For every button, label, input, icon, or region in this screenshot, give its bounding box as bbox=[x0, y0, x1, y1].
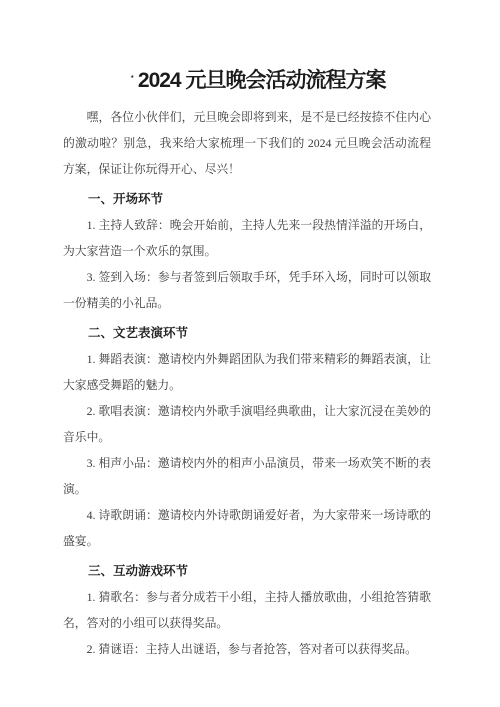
section-heading-performance: 二、文艺表演环节 bbox=[63, 320, 431, 346]
list-item: 1. 猜歌名：参与者分成若干小组，主持人播放歌曲，小组抢答猜歌名，答对的小组可以… bbox=[63, 584, 431, 636]
document-page: ·2024 元旦晚会活动流程方案 嘿，各位小伙伴们，元旦晚会即将到来，是不是已经… bbox=[0, 0, 500, 707]
list-item: 3. 签到入场：参与者签到后领取手环，凭手环入场，同时可以领取一份精美的小礼品。 bbox=[63, 264, 431, 316]
page-title: ·2024 元旦晚会活动流程方案 bbox=[63, 62, 431, 96]
document-body: 嘿，各位小伙伴们，元旦晚会即将到来，是不是已经按捺不住内心的激动啦？别急，我来给… bbox=[63, 104, 431, 662]
list-item: 3. 相声小品：邀请校内外的相声小品演员，带来一场欢笑不断的表演。 bbox=[63, 450, 431, 502]
title-dot: · bbox=[131, 69, 135, 84]
section-heading-games: 三、互动游戏环节 bbox=[63, 558, 431, 584]
list-item: 1. 舞蹈表演：邀请校内外舞蹈团队为我们带来精彩的舞蹈表演，让大家感受舞蹈的魅力… bbox=[63, 346, 431, 398]
intro-paragraph: 嘿，各位小伙伴们，元旦晚会即将到来，是不是已经按捺不住内心的激动啦？别急，我来给… bbox=[63, 104, 431, 182]
list-item: 1. 主持人致辞：晚会开始前，主持人先来一段热情洋溢的开场白，为大家营造一个欢乐… bbox=[63, 212, 431, 264]
section-heading-opening: 一、开场环节 bbox=[63, 186, 431, 212]
page-title-text: 2024 元旦晚会活动流程方案 bbox=[138, 69, 386, 92]
list-item: 2. 歌唱表演：邀请校内外歌手演唱经典歌曲，让大家沉浸在美妙的音乐中。 bbox=[63, 398, 431, 450]
list-item: 2. 猜谜语：主持人出谜语，参与者抢答，答对者可以获得奖品。 bbox=[63, 636, 431, 662]
list-item: 4. 诗歌朗诵：邀请校内外诗歌朗诵爱好者，为大家带来一场诗歌的盛宴。 bbox=[63, 502, 431, 554]
